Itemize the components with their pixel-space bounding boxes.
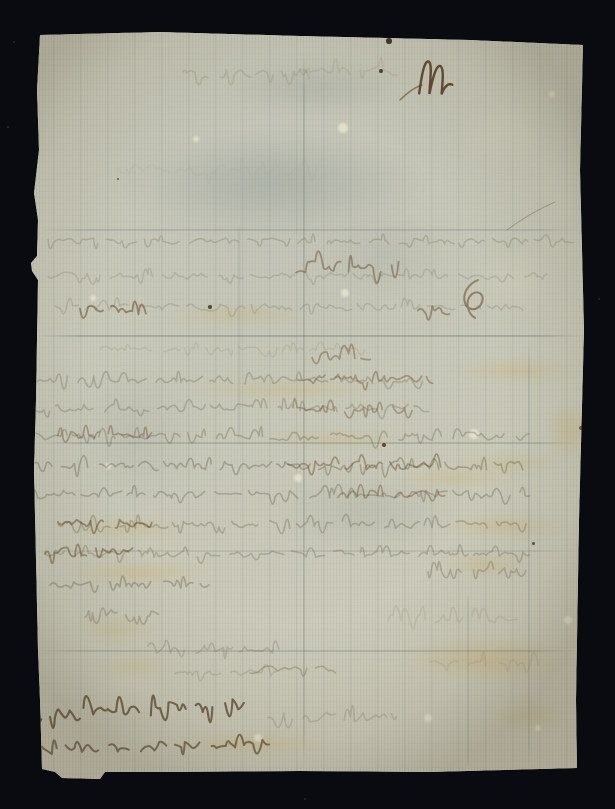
dust-speck	[7, 126, 9, 128]
dust-speck	[304, 798, 306, 800]
dust-speck	[13, 41, 16, 44]
dust-speck	[598, 298, 600, 300]
photo-background	[0, 0, 615, 809]
background-dust	[0, 0, 615, 809]
